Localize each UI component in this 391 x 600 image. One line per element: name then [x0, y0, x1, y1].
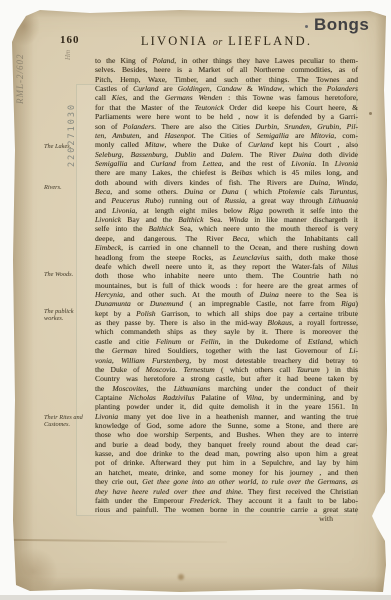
body-line: Livonick Bay and the Balthick Sea. Winda…: [95, 215, 358, 224]
body-line: knowledge of God, some adore the Sunne, …: [95, 421, 358, 430]
body-line: they have heere ruled over thee and thin…: [95, 487, 358, 496]
body-line: Eimbeck, is carried in one channell to t…: [95, 243, 358, 252]
body-line: Parliaments were here wont to be held , …: [95, 112, 358, 121]
body-line: kasse, and doe drinke to the dead man, p…: [95, 449, 358, 458]
body-line: monly called Mitaw, where the Duke of Cu…: [95, 140, 358, 149]
body-line: headlong from the steepe Rocks, as Leunc…: [95, 253, 358, 262]
body-line: to the King of Poland, in other things t…: [95, 56, 358, 65]
running-title-right: LIEFLAND.: [228, 34, 312, 48]
body-line: for that the Master of the Teutonick Ord…: [95, 103, 358, 112]
margin-note: The Woods.: [44, 271, 90, 278]
scan-bottom-edge: [0, 595, 391, 600]
running-title: LIVONIA or LIEFLAND.: [95, 34, 358, 49]
body-line: vonia, William Furstenberg, by most dete…: [95, 356, 358, 365]
body-line: as they passe by. There is also in the m…: [95, 318, 358, 327]
foxing-spot: [369, 112, 372, 115]
body-line: planting powder under it, did quite demo…: [95, 402, 358, 411]
accession-stamp: 220271030: [67, 59, 80, 167]
body-line: doth abound with divers kindes of fish. …: [95, 178, 358, 187]
body-line: there are many Lakes, the chiefest is Be…: [95, 168, 358, 177]
shelfmark-handwriting: RML-2/602: [15, 22, 29, 104]
body-line: Captaine Nicholas Radzivilus Palatine of…: [95, 393, 358, 402]
running-title-conjunction: or: [213, 37, 223, 48]
body-text: to the King of Poland, in other things t…: [95, 56, 358, 515]
body-line: mountaines, but is full of thick woods :…: [95, 281, 358, 290]
body-line: call Kies, and the Germans Wenden : this…: [95, 93, 358, 102]
margin-note: The publick workes.: [44, 308, 90, 322]
body-line: and burie a dead body, they banquet free…: [95, 440, 358, 449]
paper-edge-shadow-right: [375, 8, 389, 592]
body-line: castle and citie Felinum or Fellin, in t…: [95, 337, 358, 346]
body-line: the German hired Souldiers, together wit…: [95, 346, 358, 355]
body-line: doth those who inhabite neere unto them.…: [95, 271, 358, 280]
body-line: Hercynia, and other such. At the mouth o…: [95, 290, 358, 299]
margin-note: The Lakes.: [44, 143, 90, 150]
body-line: selfe into the Balthick Sea, which neere…: [95, 224, 358, 233]
catchword: with: [95, 514, 333, 523]
body-line: pot of drinke. Afterward they put him in…: [95, 458, 358, 467]
page-number: 160: [60, 34, 80, 46]
margin-note: Their Rites and Customes.: [44, 414, 90, 428]
body-line: selves. Besides, heere is a Market of al…: [95, 65, 358, 74]
body-line: they crie out, Get thee gone into an oth…: [95, 477, 358, 486]
body-line: Semigallia and Curland from Lettea, and …: [95, 159, 358, 168]
foxing-spot: [178, 574, 184, 580]
collector-label: Bongs: [314, 15, 369, 35]
body-line: Livonia many yet doe live in a heathenis…: [95, 412, 358, 421]
body-line: Seleburg, Bassenburg, Dublin and Dalem. …: [95, 150, 358, 159]
body-line: ten, Ambuten, and Hasenpot. The Cities o…: [95, 131, 358, 140]
body-line: those who doe worship Serpents, and Bush…: [95, 430, 358, 439]
body-line: an hatchet, meate, drinke, and some mone…: [95, 468, 358, 477]
body-line: kept by a Polish Garrison, to which all …: [95, 309, 358, 318]
body-line: Castles of Curland are Goldingen, Candaw…: [95, 84, 358, 93]
body-line: Country was heretofore a strong castle, …: [95, 374, 358, 383]
body-line: deafe which dwell neere unto it, as they…: [95, 262, 358, 271]
body-line: the Duke of Moscovia. Ternestum ( which …: [95, 365, 358, 374]
body-line: the Moscovites, the Lithuanians marching…: [95, 384, 358, 393]
body-line: son of Polanders. There are also the Cit…: [95, 122, 358, 131]
body-line: and Livonia, at length eight miles below…: [95, 206, 358, 215]
margin-note: Rivers.: [44, 184, 90, 191]
body-line: which commandeth ships as they sayle by …: [95, 327, 358, 336]
body-line: faith under the Emperour Frederick. They…: [95, 496, 358, 505]
body-line: deepe, and dangerous. The River Beca, wh…: [95, 234, 358, 243]
running-title-left: LIVONIA: [141, 34, 208, 48]
body-line: Beca, and some others. Duina or Duna ( w…: [95, 187, 358, 196]
body-line: Dunamunta or Dunemund ( an impregnable C…: [95, 299, 358, 308]
body-line: and Peucerus Rubo) running out of Russia…: [95, 196, 358, 205]
body-line: Pitch, Hemp, Waxe, Timber, and such othe…: [95, 75, 358, 84]
scanned-page: RML-2/602 220271030 Hm Bongs 160 LIVONIA…: [0, 0, 391, 600]
